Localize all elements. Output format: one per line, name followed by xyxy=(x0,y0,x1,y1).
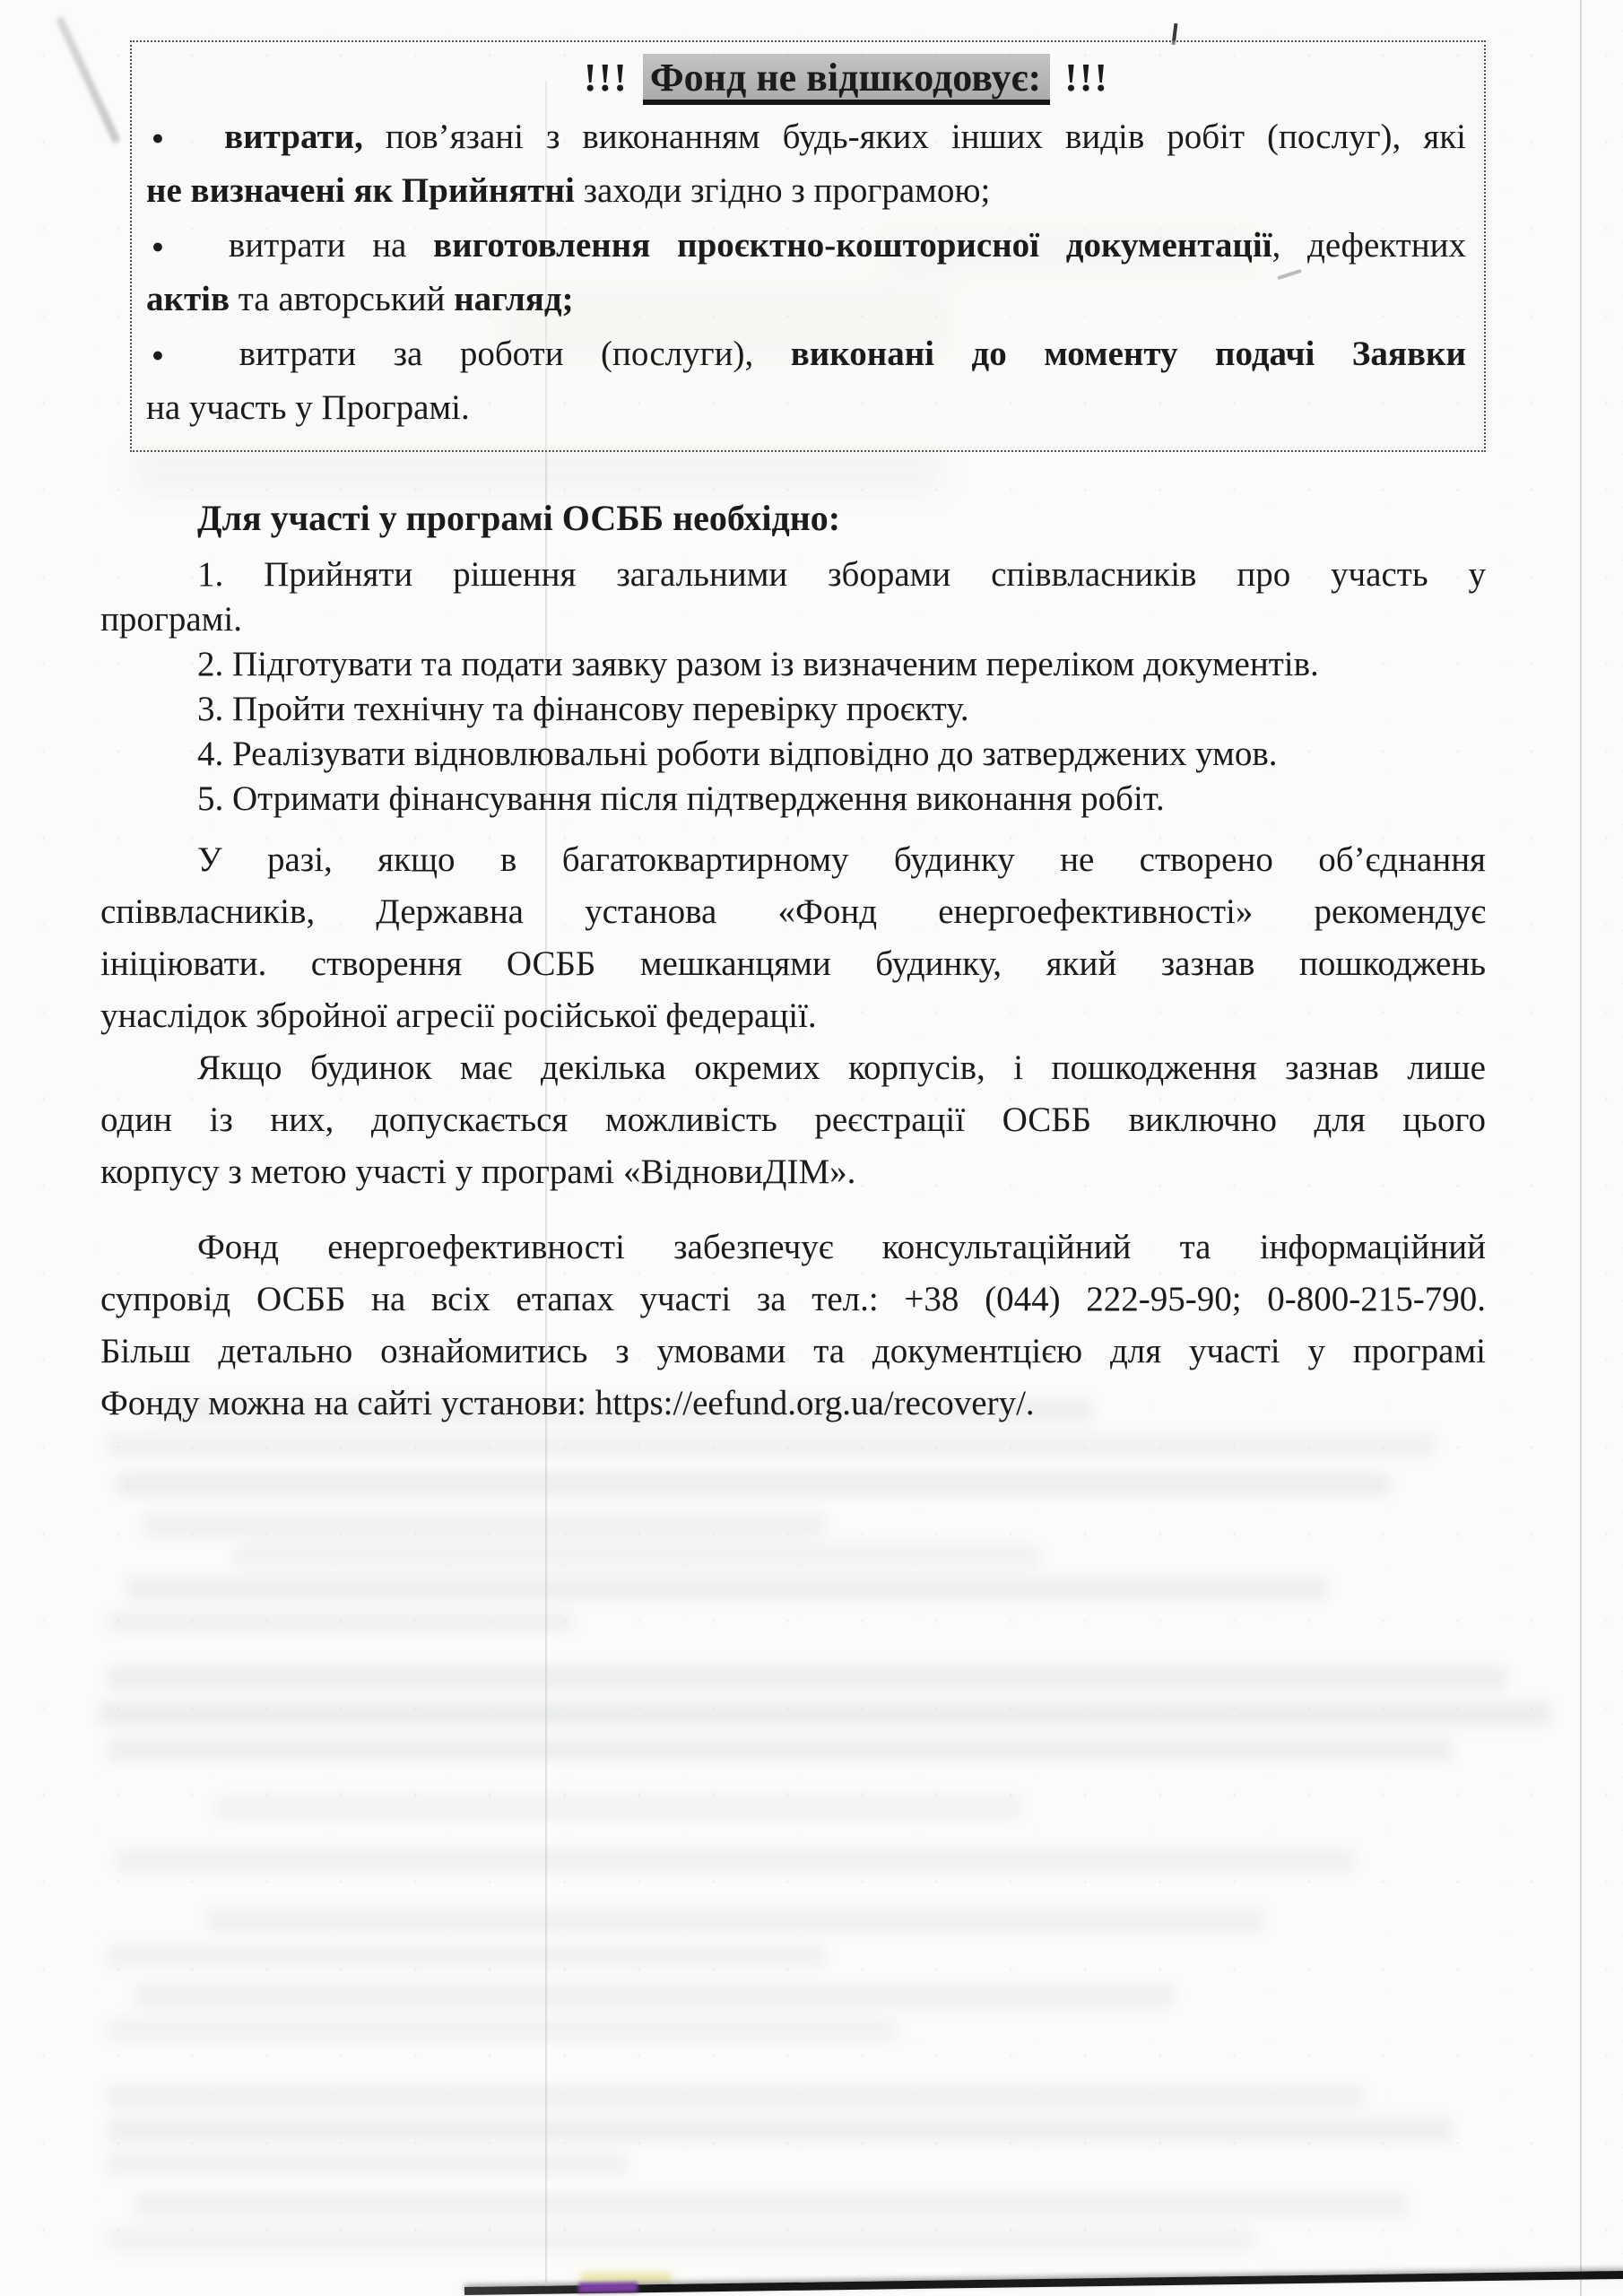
page-edge-line xyxy=(1580,0,1582,2296)
bleed-through-line xyxy=(135,2194,1408,2217)
exclamation-marks: !!! xyxy=(1064,56,1109,100)
requirements-list: 1. Прийняти рішення загальними зборами с… xyxy=(100,552,1486,822)
text-line: 4. Реалізувати відновлювальні роботи від… xyxy=(100,732,1486,777)
document-content: !!!Фонд не відшкодовує:!!! витрати, пов’… xyxy=(100,0,1486,1430)
text-line: Фонду можна на сайті установи: https://e… xyxy=(100,1378,1486,1430)
text-line: 2. Підготувати та подати заявку разом із… xyxy=(100,642,1486,687)
text-line: витрати за роботи (послуги), виконані до… xyxy=(146,327,1466,381)
text-line: витрати, пов’язані з виконанням будь-яки… xyxy=(146,110,1466,164)
paragraph-osbb-creation: У разі, якщо в багатоквартирному будинку… xyxy=(100,834,1486,1042)
text-line: корпусу з метою участі у програмі «Відно… xyxy=(100,1146,1486,1198)
bleed-through-line xyxy=(215,1796,1022,1819)
bleed-through-line xyxy=(233,1544,1040,1568)
warning-box: !!!Фонд не відшкодовує:!!! витрати, пов’… xyxy=(130,40,1486,452)
bleed-through-line xyxy=(126,1577,1327,1600)
bleed-through-line xyxy=(108,2018,897,2041)
bleed-through-line xyxy=(108,2152,628,2176)
text-line: один із них, допускається можливість реє… xyxy=(100,1094,1486,1146)
bleed-through-line xyxy=(108,1666,1506,1690)
text-line: Якщо будинок має декілька окремих корпус… xyxy=(100,1042,1486,1094)
text-line: на участь у Програмі. xyxy=(146,381,1466,434)
bleed-through-line xyxy=(108,1433,1435,1457)
scanned-document-page: { "document": { "language": "uk", "warni… xyxy=(0,0,1623,2296)
exclamation-marks: !!! xyxy=(584,56,629,100)
requirement-item: 5. Отримати фінансування після підтвердж… xyxy=(100,777,1486,822)
requirement-item: 2. Підготувати та подати заявку разом із… xyxy=(100,642,1486,687)
text-line: програмі. xyxy=(100,597,1486,642)
bleed-through-line xyxy=(143,1514,825,1537)
bleed-through-line xyxy=(108,1610,574,1633)
requirements-heading: Для участі у програмі ОСББ необхідно: xyxy=(100,495,1486,542)
requirement-item: 3. Пройти технічну та фінансову перевірк… xyxy=(100,687,1486,732)
requirement-item: 1. Прийняти рішення загальними зборами с… xyxy=(100,552,1486,642)
warning-bullet-item: витрати за роботи (послуги), виконані до… xyxy=(146,327,1466,434)
bleed-through-line xyxy=(108,1738,1453,1761)
bleed-through-line xyxy=(108,2118,1453,2142)
text-line: ініціювати. створення ОСББ мешканцями бу… xyxy=(100,938,1486,990)
bleed-through-line xyxy=(135,1984,1175,2007)
bleed-through-line xyxy=(99,1702,1551,1726)
bleed-through-line xyxy=(108,1944,825,1968)
text-line: співвласників, Державна установа «Фонд е… xyxy=(100,886,1486,938)
text-line: не визначені як Прийнятні заходи згідно … xyxy=(146,164,1466,217)
paragraph-building-blocks: Якщо будинок має декілька окремих корпус… xyxy=(100,1042,1486,1198)
text-line: Більш детально ознайомитись з умовами та… xyxy=(100,1326,1486,1378)
bleed-through-line xyxy=(108,2084,1363,2108)
text-line: 1. Прийняти рішення загальними зборами с… xyxy=(100,552,1486,597)
requirement-item: 4. Реалізувати відновлювальні роботи від… xyxy=(100,732,1486,777)
text-line: 3. Пройти технічну та фінансову перевірк… xyxy=(100,687,1486,732)
warning-title-highlight: Фонд не відшкодовує: xyxy=(643,54,1050,105)
text-line: Фонд енергоефективності забезпечує консу… xyxy=(100,1222,1486,1274)
bleed-through-line xyxy=(117,1849,1354,1873)
warning-bullet-item: витрати на виготовлення проєктно-коштори… xyxy=(146,219,1466,326)
text-line: актів та авторський нагляд; xyxy=(146,273,1466,326)
text-line: витрати на виготовлення проєктно-коштори… xyxy=(146,219,1466,273)
text-line: унаслідок збройної агресії російської фе… xyxy=(100,990,1486,1042)
text-line: У разі, якщо в багатоквартирному будинку… xyxy=(100,834,1486,886)
purple-ink-blot xyxy=(578,2283,638,2293)
bleed-through-line xyxy=(206,1909,1264,1932)
text-line: 5. Отримати фінансування після підтвердж… xyxy=(100,777,1486,822)
warning-bullet-item: витрати, пов’язані з виконанням будь-яки… xyxy=(146,110,1466,217)
text-line: супровід ОСББ на всіх етапах участі за т… xyxy=(100,1274,1486,1326)
bleed-through-line xyxy=(117,1473,1390,1496)
bleed-through-line xyxy=(108,2228,1255,2251)
paragraph-contacts: Фонд енергоефективності забезпечує консу… xyxy=(100,1222,1486,1430)
warning-title: !!!Фонд не відшкодовує:!!! xyxy=(146,53,1466,103)
